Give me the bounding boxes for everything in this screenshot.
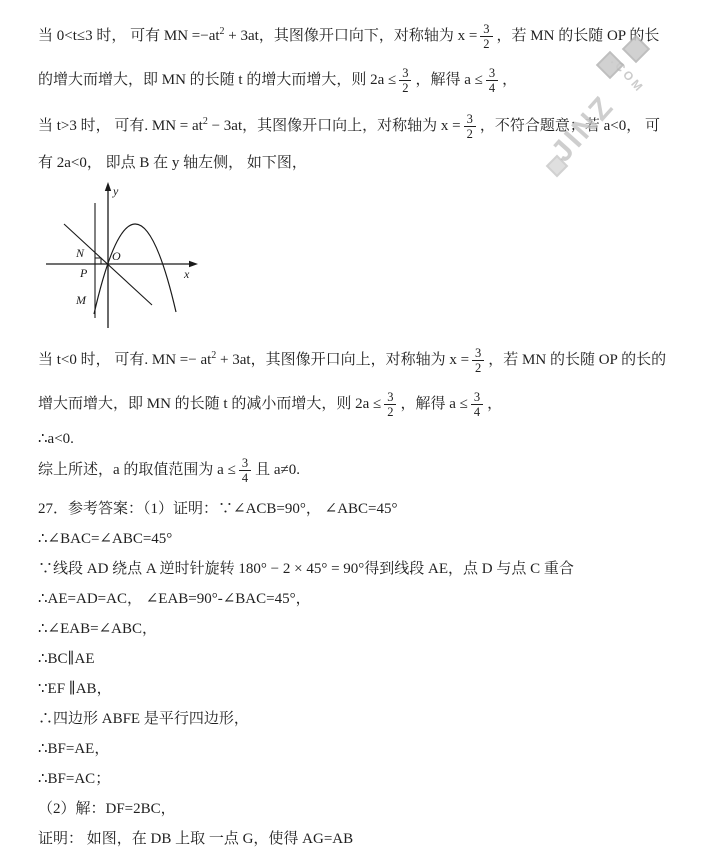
text-run: ∴∠EAB=∠ABC，	[38, 621, 157, 637]
text-line: （2）解：DF=2BC，	[38, 794, 662, 824]
label-origin: O	[112, 249, 121, 263]
text-line: 当 0<t≤3 时， 可有 MN =−at2 + 3at，其图像开口向下，对称轴…	[38, 14, 662, 58]
text-line: 27．参考答案：（1）证明：∵∠ACB=90°， ∠ABC=45°	[38, 494, 662, 524]
text-line: ∴∠EAB=∠ABC，	[38, 614, 662, 644]
text-run: 且 a≠0.	[255, 462, 300, 478]
x-axis-arrow-icon	[189, 261, 198, 267]
label-x-axis: x	[183, 267, 190, 281]
text-line: ∴BC∥AE	[38, 644, 662, 674]
text-run: 当 t>3 时， 可有. MN = at	[38, 118, 203, 134]
fraction: 34	[239, 456, 251, 486]
text-run: 当 t<0 时， 可有. MN =− at	[38, 352, 211, 368]
text-run: ，若 MN 的长随 OP 的长的	[488, 352, 666, 368]
text-run: ∴BF=AE，	[38, 741, 109, 757]
text-line: ∴AE=AD=AC， ∠EAB=90°-∠BAC=45°，	[38, 584, 662, 614]
text-run: 的增大而增大，即 MN 的长随 t 的增大而增大，则 2a ≤	[38, 72, 396, 88]
text-run: ，	[502, 72, 517, 88]
text-run: ∴∠BAC=∠ABC=45°	[38, 531, 172, 547]
label-point-p: P	[79, 266, 88, 280]
text-run: ∵EF ∥AB，	[38, 681, 112, 697]
text-run: ，解得 a ≤	[400, 396, 467, 412]
text-run: ∵线段 AD 绕点 A 逆时针旋转 180° − 2 × 45° = 90°得到…	[38, 561, 574, 577]
function-graph-figure: y x O N P M	[36, 180, 206, 332]
text-run: 27．参考答案：（1）证明：∵∠ACB=90°， ∠ABC=45°	[38, 501, 398, 517]
label-point-n: N	[75, 246, 85, 260]
document-page: 当 0<t≤3 时， 可有 MN =−at2 + 3at，其图像开口向下，对称轴…	[0, 0, 702, 850]
text-line: ∵线段 AD 绕点 A 逆时针旋转 180° − 2 × 45° = 90°得到…	[38, 554, 662, 584]
text-run: 有 2a<0， 即点 B 在 y 轴左侧， 如下图，	[38, 155, 307, 171]
fraction: 34	[471, 390, 483, 420]
text-line: 当 t<0 时， 可有. MN =− at2 + 3at，其图像开口向上，对称轴…	[38, 338, 662, 382]
parabola-curve	[94, 224, 176, 314]
text-line: ∴BF=AC；	[38, 764, 662, 794]
text-run: 当 0<t≤3 时， 可有 MN =−at	[38, 28, 220, 44]
text-run: 证明： 如图，在 DB 上取 一点 G，使得 AG=AB	[38, 831, 353, 847]
parabola-graph: y x O N P M	[36, 180, 206, 332]
right-angle-mark	[95, 258, 101, 264]
text-run: ，解得 a ≤	[415, 72, 482, 88]
text-line: 证明： 如图，在 DB 上取 一点 G，使得 AG=AB	[38, 824, 662, 850]
text-line: ∴四边形 ABFE 是平行四边形，	[38, 704, 662, 734]
text-run: + 3at，其图像开口向下，对称轴为 x =	[225, 28, 478, 44]
text-run: （2）解：DF=2BC，	[38, 801, 176, 817]
text-line: ∵EF ∥AB，	[38, 674, 662, 704]
text-line: 增大而增大，即 MN 的长随 t 的减小而增大，则 2a ≤32，解得 a ≤3…	[38, 382, 662, 426]
text-run: + 3at，其图像开口向上，对称轴为 x =	[216, 352, 469, 368]
solution-text-lower: 当 t<0 时， 可有. MN =− at2 + 3at，其图像开口向上，对称轴…	[38, 338, 662, 850]
text-run: ∴a<0.	[38, 431, 74, 447]
text-run: ∴四边形 ABFE 是平行四边形，	[38, 711, 249, 727]
text-run: − 3at，其图像开口向上，对称轴为 x =	[208, 118, 461, 134]
fraction: 32	[464, 112, 476, 142]
fraction: 34	[486, 66, 498, 96]
text-run: 增大而增大，即 MN 的长随 t 的减小而增大，则 2a ≤	[38, 396, 381, 412]
fraction: 32	[384, 390, 396, 420]
label-point-m: M	[75, 293, 87, 307]
text-line: ∴∠BAC=∠ABC=45°	[38, 524, 662, 554]
text-line: 的增大而增大，即 MN 的长随 t 的增大而增大，则 2a ≤32，解得 a ≤…	[38, 58, 662, 102]
text-run: 综上所述，a 的取值范围为 a ≤	[38, 462, 236, 478]
text-run: ∴BC∥AE	[38, 651, 94, 667]
text-run: ，	[487, 396, 502, 412]
text-line: 综上所述，a 的取值范围为 a ≤34且 a≠0.	[38, 448, 662, 492]
text-run: ∴AE=AD=AC， ∠EAB=90°-∠BAC=45°，	[38, 591, 311, 607]
text-line: ∴BF=AE，	[38, 734, 662, 764]
fraction: 32	[399, 66, 411, 96]
label-y-axis: y	[112, 184, 119, 198]
y-axis-arrow-icon	[105, 182, 111, 191]
text-run: ∴BF=AC；	[38, 771, 110, 787]
fraction: 32	[480, 22, 492, 52]
fraction: 32	[472, 346, 484, 376]
